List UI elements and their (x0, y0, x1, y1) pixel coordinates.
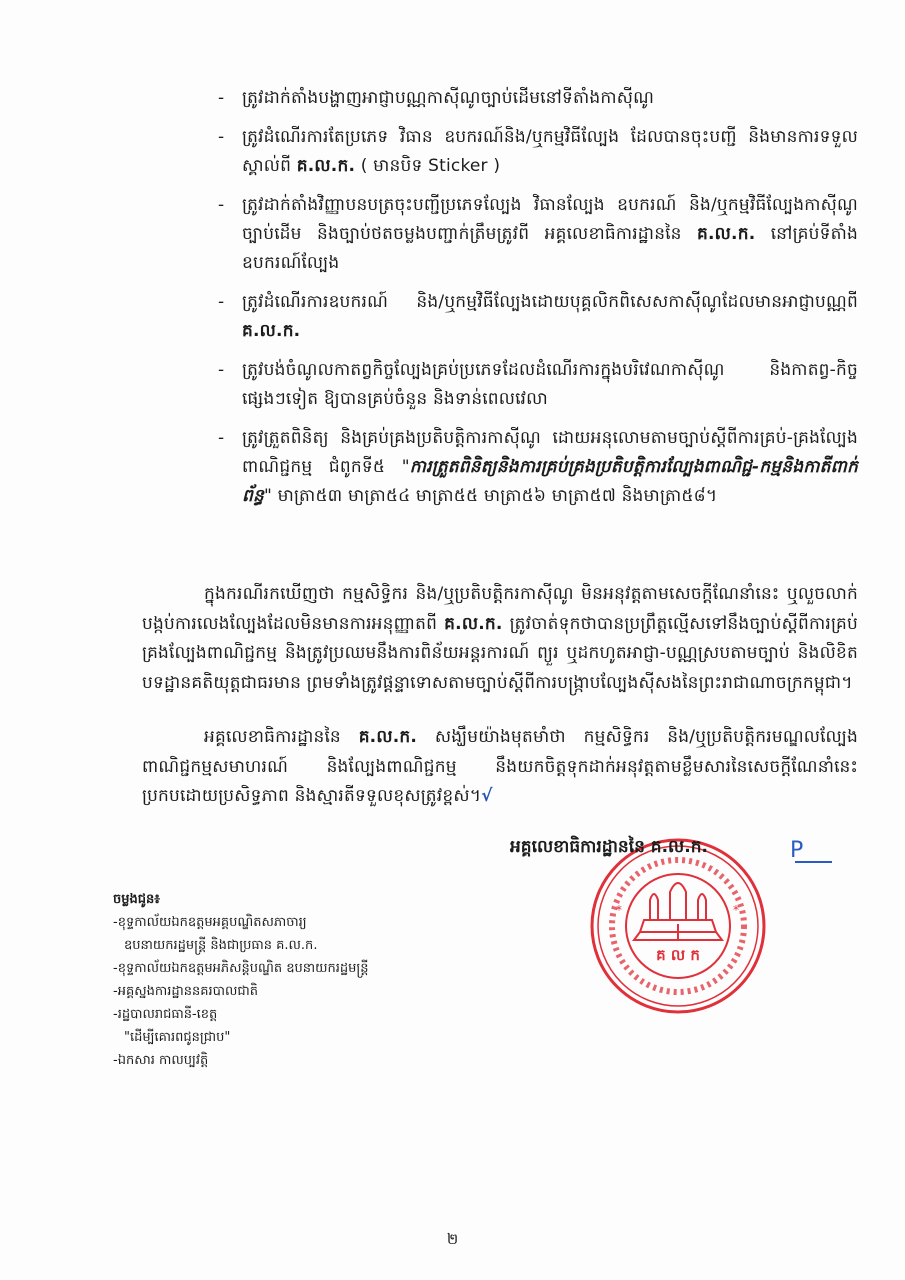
agency-abbreviation: គ.ល.ក. (242, 321, 300, 341)
handwritten-check-icon: √ (481, 786, 493, 806)
bullet-text: ត្រូវដំណើរការតែប្រភេទ វិធាន ឧបករណ៍និង/ឬក… (242, 123, 858, 181)
copy-to-list: ចម្លងជូន៖ -ខុទ្ទកាល័យឯកឧត្តមអគ្គបណ្ឌិតសភ… (113, 888, 493, 1072)
stamp-center-text: គ ល ក (656, 946, 700, 964)
agency-abbreviation: គ.ល.ក. (697, 224, 755, 244)
agency-abbreviation: គ.ល.ក. (444, 614, 502, 634)
violation-paragraph: ក្នុងករណីរកឃើញថា កម្មសិទ្ធិករ និង/ឬប្រតិ… (142, 580, 858, 698)
agency-abbreviation: គ.ល.ក. (359, 727, 417, 747)
list-item: - ត្រូវដាក់តាំងបង្ហាញអាជ្ញាបណ្ណកាស៊ីណូច្… (218, 84, 858, 113)
list-item: ឧបនាយករដ្ឋមន្ត្រី និងជាប្រធាន គ.ល.ក. (113, 934, 493, 957)
list-item: - ត្រូវដំណើរការឧបករណ៍ និង/ឬកម្មវិធីល្បែង… (218, 288, 858, 346)
list-item: -រដ្ឋបាលរាជធានី-ខេត្ត (113, 1003, 493, 1026)
handwritten-initial: P (790, 838, 803, 863)
closing-paragraph: អគ្គលេខាធិការដ្ឋាននៃ គ.ល.ក. សង្ឃឹមយ៉ាងមុ… (142, 723, 858, 812)
text-segment: ( មានបិទ Sticker ) (355, 156, 500, 176)
text-segment: ត្រូវដំណើរការឧបករណ៍ និង/ឬកម្មវិធីល្បែងដោ… (242, 292, 858, 312)
bullet-text: ត្រូវដាក់តាំងបង្ហាញអាជ្ញាបណ្ណកាស៊ីណូច្បា… (242, 84, 858, 113)
list-item: - ត្រូវបង់ចំណូលកាតព្វកិច្ចល្បែងគ្រប់ប្រភ… (218, 356, 858, 414)
text-segment: " មាត្រា៥៣ មាត្រា៥៤ មាត្រា៥៥ មាត្រា៥៦ មា… (264, 486, 717, 506)
list-item: -ឯកសារ កាលប្បវត្តិ (113, 1049, 493, 1072)
svg-text:*: * (733, 903, 739, 917)
bullet-dash: - (218, 356, 242, 385)
bullet-dash: - (218, 84, 242, 113)
bullet-text: ត្រូវត្រួតពិនិត្យ និងគ្រប់គ្រងប្រតិបត្តិ… (242, 424, 858, 511)
list-item: -ខុទ្ទកាល័យឯកឧត្តមអគ្គបណ្ឌិតសភាចារ្យ (113, 911, 493, 934)
bullet-dash: - (218, 288, 242, 317)
requirements-list: - ត្រូវដាក់តាំងបង្ហាញអាជ្ញាបណ្ណកាស៊ីណូច្… (218, 84, 858, 521)
bullet-text: ត្រូវដំណើរការឧបករណ៍ និង/ឬកម្មវិធីល្បែងដោ… (242, 288, 858, 346)
document-page: - ត្រូវដាក់តាំងបង្ហាញអាជ្ញាបណ្ណកាស៊ីណូច្… (0, 0, 905, 1280)
list-item: "ដើម្បីគោរពជូនជ្រាប" (113, 1026, 493, 1049)
text-segment: អគ្គលេខាធិការដ្ឋាននៃ (204, 727, 359, 747)
svg-text:*: * (616, 903, 622, 917)
page-number: ២ (0, 1230, 905, 1252)
list-item: - ត្រូវដំណើរការតែប្រភេទ វិធាន ឧបករណ៍និង/… (218, 123, 858, 181)
list-item: -ខុទ្ទកាល័យឯកឧត្តមអភិសន្តិបណ្ឌិត ឧបនាយករ… (113, 957, 493, 980)
bullet-dash: - (218, 424, 242, 453)
list-item: - ត្រូវត្រួតពិនិត្យ និងគ្រប់គ្រងប្រតិបត្… (218, 424, 858, 511)
signature-underline (795, 861, 832, 863)
signatory-title: អគ្គលេខាធិការដ្ឋាននៃ គ.ល.ក. (510, 836, 708, 861)
copy-to-heading: ចម្លងជូន៖ (113, 888, 493, 911)
list-item: -អគ្គស្នងការដ្ឋាននគរបាលជាតិ (113, 980, 493, 1003)
bullet-dash: - (218, 123, 242, 152)
bullet-text: ត្រូវដាក់តាំងវិញ្ញាបនបត្រចុះបញ្ជីប្រភេទល… (242, 191, 858, 278)
bullet-dash: - (218, 191, 242, 220)
agency-abbreviation: គ.ល.ក. (297, 156, 355, 176)
bullet-text: ត្រូវបង់ចំណូលកាតព្វកិច្ចល្បែងគ្រប់ប្រភេទ… (242, 356, 858, 414)
official-seal-stamp-icon: * * គ ល ក (588, 836, 768, 1016)
list-item: - ត្រូវដាក់តាំងវិញ្ញាបនបត្រចុះបញ្ជីប្រភេ… (218, 191, 858, 278)
